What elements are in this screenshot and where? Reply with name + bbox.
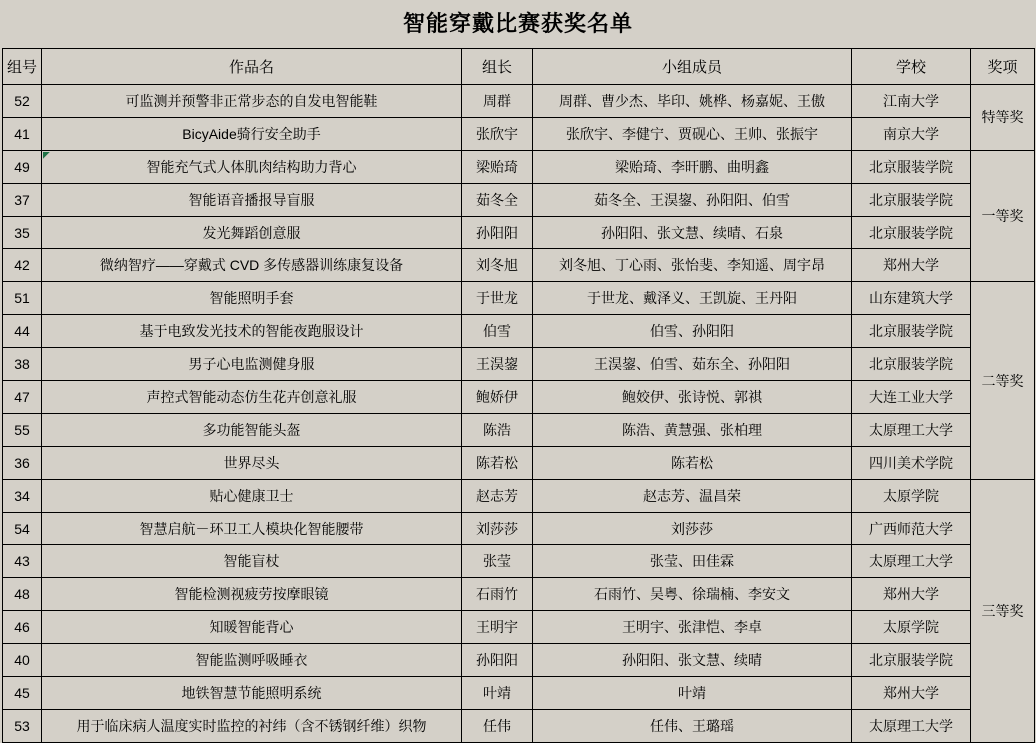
cell-members-text: 孙阳阳、张文慧、续晴 xyxy=(622,652,762,668)
cell-work-name[interactable]: 智能盲杖 xyxy=(42,545,462,578)
cell-group-no-text: 49 xyxy=(14,159,30,175)
cell-school-text: 四川美术学院 xyxy=(869,455,953,471)
cell-school-text: 山东建筑大学 xyxy=(869,290,953,306)
cell-work-name[interactable]: 男子心电监测健身服 xyxy=(42,348,462,381)
table-row: 42微纳智疗——穿戴式 CVD 多传感器训练康复设备刘冬旭刘冬旭、丁心雨、张怡斐… xyxy=(3,249,1035,282)
cell-work-name[interactable]: 用于临床病人温度实时监控的衬纬（含不锈钢纤维）织物 xyxy=(42,709,462,742)
cell-work-name[interactable]: 世界尽头 xyxy=(42,446,462,479)
cell-school-text: 江南大学 xyxy=(883,93,939,109)
cell-work-name-text: 微纳智疗——穿戴式 CVD 多传感器训练康复设备 xyxy=(100,257,403,273)
cell-members-text: 梁贻琦、李旰鹏、曲明鑫 xyxy=(615,159,769,175)
cell-leader[interactable]: 鲍娇伊 xyxy=(462,381,533,414)
table-row: 37智能语音播报导盲服茹冬全茹冬全、王淏鋆、孙阳阳、伯雪北京服装学院 xyxy=(3,183,1035,216)
cell-school[interactable]: 北京服装学院 xyxy=(852,348,971,381)
table-row: 38男子心电监测健身服王淏鋆王淏鋆、伯雪、茹东全、孙阳阳北京服装学院 xyxy=(3,348,1035,381)
cell-leader-text: 伯雪 xyxy=(483,323,511,339)
cell-work-name[interactable]: 基于电致发光技术的智能夜跑服设计 xyxy=(42,315,462,348)
header-group-no[interactable]: 组号 xyxy=(3,49,42,85)
cell-leader[interactable]: 于世龙 xyxy=(462,282,533,315)
cell-school[interactable]: 北京服装学院 xyxy=(852,315,971,348)
cell-members-text: 茹冬全、王淏鋆、孙阳阳、伯雪 xyxy=(594,192,790,208)
cell-award[interactable]: 特等奖 xyxy=(971,85,1035,151)
header-leader[interactable]: 组长 xyxy=(462,49,533,85)
cell-leader-text: 石雨竹 xyxy=(476,586,518,602)
cell-leader[interactable]: 任伟 xyxy=(462,709,533,742)
cell-school-text: 郑州大学 xyxy=(883,685,939,701)
cell-leader[interactable]: 王淏鋆 xyxy=(462,348,533,381)
cell-work-name[interactable]: 贴心健康卫士 xyxy=(42,479,462,512)
cell-school[interactable]: 郑州大学 xyxy=(852,677,971,710)
cell-leader-text: 于世龙 xyxy=(476,290,518,306)
cell-work-name-text: 智能盲杖 xyxy=(224,553,280,569)
cell-school[interactable]: 四川美术学院 xyxy=(852,446,971,479)
cell-members[interactable]: 张欣宇、李健宁、贾砚心、王帅、张振宇 xyxy=(533,117,852,150)
cell-award[interactable]: 三等奖 xyxy=(971,479,1035,742)
cell-group-no[interactable]: 43 xyxy=(3,545,42,578)
cell-work-name[interactable]: 可监测并预警非正常步态的自发电智能鞋 xyxy=(42,85,462,118)
cell-work-name[interactable]: 知暖智能背心 xyxy=(42,611,462,644)
cell-group-no[interactable]: 36 xyxy=(3,446,42,479)
cell-award[interactable]: 二等奖 xyxy=(971,282,1035,479)
cell-school[interactable]: 北京服装学院 xyxy=(852,150,971,183)
table-row: 47声控式智能动态仿生花卉创意礼服鲍娇伊鲍姣伊、张诗悦、郭祺大连工业大学 xyxy=(3,381,1035,414)
cell-work-name[interactable]: 智能充气式人体肌肉结构助力背心 xyxy=(42,150,462,183)
cell-work-name-text: 知暖智能背心 xyxy=(210,619,294,635)
cell-members[interactable]: 梁贻琦、李旰鹏、曲明鑫 xyxy=(533,150,852,183)
cell-leader[interactable]: 孙阳阳 xyxy=(462,216,533,249)
table-row: 45地铁智慧节能照明系统叶靖叶靖郑州大学 xyxy=(3,677,1035,710)
cell-members[interactable]: 刘冬旭、丁心雨、张怡斐、李知遥、周宇昂 xyxy=(533,249,852,282)
cell-work-name-text: 智能监测呼吸睡衣 xyxy=(196,652,308,668)
cell-leader[interactable]: 陈若松 xyxy=(462,446,533,479)
cell-leader[interactable]: 刘莎莎 xyxy=(462,512,533,545)
cell-school[interactable]: 太原理工大学 xyxy=(852,709,971,742)
cell-group-no[interactable]: 42 xyxy=(3,249,42,282)
cell-school[interactable]: 大连工业大学 xyxy=(852,381,971,414)
cell-group-no-text: 40 xyxy=(14,652,30,668)
cell-members[interactable]: 陈浩、黄慧强、张柏理 xyxy=(533,413,852,446)
cell-work-name-text: 智能照明手套 xyxy=(210,290,294,306)
cell-group-no[interactable]: 44 xyxy=(3,315,42,348)
cell-school[interactable]: 北京服装学院 xyxy=(852,183,971,216)
cell-work-name-text: 贴心健康卫士 xyxy=(210,488,294,504)
table-row: 43智能盲杖张莹张莹、田佳霖太原理工大学 xyxy=(3,545,1035,578)
cell-school-text: 南京大学 xyxy=(883,126,939,142)
cell-work-name-text: 用于临床病人温度实时监控的衬纬（含不锈钢纤维）织物 xyxy=(77,718,427,734)
table-row: 44基于电致发光技术的智能夜跑服设计伯雪伯雪、孙阳阳北京服装学院 xyxy=(3,315,1035,348)
cell-leader[interactable]: 赵志芳 xyxy=(462,479,533,512)
cell-school[interactable]: 北京服装学院 xyxy=(852,216,971,249)
cell-group-no[interactable]: 37 xyxy=(3,183,42,216)
cell-group-no-text: 43 xyxy=(14,553,30,569)
cell-group-no[interactable]: 49 xyxy=(3,150,42,183)
cell-group-no-text: 52 xyxy=(14,93,30,109)
error-indicator-icon xyxy=(43,152,50,159)
cell-work-name-text: 多功能智能头盔 xyxy=(203,422,301,438)
table-row: 36世界尽头陈若松陈若松四川美术学院 xyxy=(3,446,1035,479)
cell-work-name-text: 男子心电监测健身服 xyxy=(189,356,315,372)
cell-work-name[interactable]: 声控式智能动态仿生花卉创意礼服 xyxy=(42,381,462,414)
cell-leader-text: 王明宇 xyxy=(476,619,518,635)
cell-members[interactable]: 于世龙、戴泽义、王凯旋、王丹阳 xyxy=(533,282,852,315)
cell-group-no[interactable]: 54 xyxy=(3,512,42,545)
cell-group-no[interactable]: 38 xyxy=(3,348,42,381)
cell-work-name-text: 可监测并预警非正常步态的自发电智能鞋 xyxy=(126,93,378,109)
cell-members[interactable]: 石雨竹、吴粤、徐瑞楠、李安文 xyxy=(533,578,852,611)
cell-school-text: 郑州大学 xyxy=(883,586,939,602)
cell-school-text: 太原学院 xyxy=(883,619,939,635)
cell-members-text: 王明宇、张津恺、李卓 xyxy=(622,619,762,635)
cell-school-text: 北京服装学院 xyxy=(869,323,953,339)
cell-group-no[interactable]: 46 xyxy=(3,611,42,644)
cell-leader-text: 陈浩 xyxy=(483,422,511,438)
cell-leader-text: 王淏鋆 xyxy=(476,356,518,372)
cell-group-no[interactable]: 52 xyxy=(3,85,42,118)
cell-leader[interactable]: 伯雪 xyxy=(462,315,533,348)
header-work-name[interactable]: 作品名 xyxy=(42,49,462,85)
page-title: 智能穿戴比赛获奖名单 xyxy=(0,7,1036,38)
cell-leader-text: 梁贻琦 xyxy=(476,159,518,175)
cell-group-no[interactable]: 35 xyxy=(3,216,42,249)
cell-work-name[interactable]: 智能检测视疲劳按摩眼镜 xyxy=(42,578,462,611)
cell-group-no-text: 37 xyxy=(14,192,30,208)
table-row: 51智能照明手套于世龙于世龙、戴泽义、王凯旋、王丹阳山东建筑大学二等奖 xyxy=(3,282,1035,315)
cell-work-name-text: 世界尽头 xyxy=(224,455,280,471)
cell-members-text: 陈若松 xyxy=(671,455,713,471)
table-row: 52可监测并预警非正常步态的自发电智能鞋周群周群、曹少杰、毕印、姚桦、杨嘉妮、王… xyxy=(3,85,1035,118)
cell-group-no-text: 45 xyxy=(14,685,30,701)
cell-school-text: 广西师范大学 xyxy=(869,521,953,537)
cell-members-text: 张莹、田佳霖 xyxy=(650,553,734,569)
cell-group-no-text: 35 xyxy=(14,225,30,241)
cell-school[interactable]: 太原理工大学 xyxy=(852,413,971,446)
table-row: 55多功能智能头盔陈浩陈浩、黄慧强、张柏理太原理工大学 xyxy=(3,413,1035,446)
cell-group-no-text: 51 xyxy=(14,290,30,306)
cell-school-text: 北京服装学院 xyxy=(869,192,953,208)
cell-leader[interactable]: 梁贻琦 xyxy=(462,150,533,183)
cell-members-text: 刘冬旭、丁心雨、张怡斐、李知遥、周宇昂 xyxy=(559,257,825,273)
cell-members-text: 鲍姣伊、张诗悦、郭祺 xyxy=(622,389,762,405)
cell-work-name-text: 智能语音播报导盲服 xyxy=(189,192,315,208)
cell-leader-text: 孙阳阳 xyxy=(476,652,518,668)
cell-leader-text: 刘冬旭 xyxy=(476,257,518,273)
cell-leader[interactable]: 王明宇 xyxy=(462,611,533,644)
cell-work-name-text: 地铁智慧节能照明系统 xyxy=(182,685,322,701)
awards-table: 组号 作品名 组长 小组成员 学校 奖项 52可监测并预警非正常步态的自发电智能… xyxy=(2,48,1035,743)
cell-group-no-text: 41 xyxy=(14,126,30,142)
table-row: 48智能检测视疲劳按摩眼镜石雨竹石雨竹、吴粤、徐瑞楠、李安文郑州大学 xyxy=(3,578,1035,611)
cell-members[interactable]: 赵志芳、温昌荣 xyxy=(533,479,852,512)
cell-work-name[interactable]: 智能监测呼吸睡衣 xyxy=(42,644,462,677)
cell-members-text: 张欣宇、李健宁、贾砚心、王帅、张振宇 xyxy=(566,126,818,142)
cell-members-text: 叶靖 xyxy=(678,685,706,701)
cell-members[interactable]: 张莹、田佳霖 xyxy=(533,545,852,578)
cell-school[interactable]: 郑州大学 xyxy=(852,578,971,611)
cell-school-text: 太原理工大学 xyxy=(869,422,953,438)
cell-leader-text: 刘莎莎 xyxy=(476,521,518,537)
cell-members[interactable]: 孙阳阳、张文慧、续晴、石泉 xyxy=(533,216,852,249)
cell-members[interactable]: 伯雪、孙阳阳 xyxy=(533,315,852,348)
table-row: 41BicyAide骑行安全助手张欣宇张欣宇、李健宁、贾砚心、王帅、张振宇南京大… xyxy=(3,117,1035,150)
award-label: 二等奖 xyxy=(982,373,1024,389)
cell-work-name[interactable]: 智能照明手套 xyxy=(42,282,462,315)
cell-work-name-text: 基于电致发光技术的智能夜跑服设计 xyxy=(140,323,364,339)
cell-members[interactable]: 叶靖 xyxy=(533,677,852,710)
cell-school-text: 大连工业大学 xyxy=(869,389,953,405)
cell-group-no[interactable]: 47 xyxy=(3,381,42,414)
cell-members-text: 孙阳阳、张文慧、续晴、石泉 xyxy=(601,225,783,241)
cell-group-no[interactable]: 53 xyxy=(3,709,42,742)
cell-school[interactable]: 太原理工大学 xyxy=(852,545,971,578)
cell-leader[interactable]: 周群 xyxy=(462,85,533,118)
cell-school[interactable]: 太原学院 xyxy=(852,611,971,644)
cell-group-no[interactable]: 45 xyxy=(3,677,42,710)
cell-work-name-text: 声控式智能动态仿生花卉创意礼服 xyxy=(147,389,357,405)
cell-school-text: 北京服装学院 xyxy=(869,652,953,668)
cell-members-text: 刘莎莎 xyxy=(671,521,713,537)
cell-leader[interactable]: 石雨竹 xyxy=(462,578,533,611)
cell-members[interactable]: 茹冬全、王淏鋆、孙阳阳、伯雪 xyxy=(533,183,852,216)
award-label: 特等奖 xyxy=(982,109,1024,125)
cell-group-no-text: 53 xyxy=(14,718,30,734)
cell-leader-text: 叶靖 xyxy=(483,685,511,701)
award-label: 一等奖 xyxy=(982,208,1024,224)
cell-members[interactable]: 王淏鋆、伯雪、茹东全、孙阳阳 xyxy=(533,348,852,381)
cell-leader[interactable]: 孙阳阳 xyxy=(462,644,533,677)
cell-members-text: 陈浩、黄慧强、张柏理 xyxy=(622,422,762,438)
table-row: 46知暖智能背心王明宇王明宇、张津恺、李卓太原学院 xyxy=(3,611,1035,644)
cell-group-no-text: 38 xyxy=(14,356,30,372)
cell-group-no-text: 46 xyxy=(14,619,30,635)
table-row: 34贴心健康卫士赵志芳赵志芳、温昌荣太原学院三等奖 xyxy=(3,479,1035,512)
cell-leader[interactable]: 陈浩 xyxy=(462,413,533,446)
cell-work-name-text: BicyAide骑行安全助手 xyxy=(182,126,320,142)
cell-group-no[interactable]: 41 xyxy=(3,117,42,150)
cell-school[interactable]: 南京大学 xyxy=(852,117,971,150)
cell-school[interactable]: 山东建筑大学 xyxy=(852,282,971,315)
table-row: 49智能充气式人体肌肉结构助力背心梁贻琦梁贻琦、李旰鹏、曲明鑫北京服装学院一等奖 xyxy=(3,150,1035,183)
cell-leader-text: 张欣宇 xyxy=(476,126,518,142)
cell-school-text: 太原理工大学 xyxy=(869,553,953,569)
table-row: 54智慧启航－环卫工人模块化智能腰带刘莎莎刘莎莎广西师范大学 xyxy=(3,512,1035,545)
award-label: 三等奖 xyxy=(982,603,1024,619)
cell-members[interactable]: 任伟、王璐瑶 xyxy=(533,709,852,742)
cell-members[interactable]: 周群、曹少杰、毕印、姚桦、杨嘉妮、王傲 xyxy=(533,85,852,118)
cell-school-text: 太原学院 xyxy=(883,488,939,504)
cell-school[interactable]: 江南大学 xyxy=(852,85,971,118)
header-school[interactable]: 学校 xyxy=(852,49,971,85)
cell-group-no[interactable]: 55 xyxy=(3,413,42,446)
cell-work-name[interactable]: 发光舞蹈创意服 xyxy=(42,216,462,249)
cell-leader[interactable]: 茹冬全 xyxy=(462,183,533,216)
cell-leader-text: 周群 xyxy=(483,93,511,109)
cell-members-text: 任伟、王璐瑶 xyxy=(650,718,734,734)
table-row: 35发光舞蹈创意服孙阳阳孙阳阳、张文慧、续晴、石泉北京服装学院 xyxy=(3,216,1035,249)
cell-members[interactable]: 孙阳阳、张文慧、续晴 xyxy=(533,644,852,677)
cell-members-text: 周群、曹少杰、毕印、姚桦、杨嘉妮、王傲 xyxy=(559,93,825,109)
cell-work-name-text: 智能充气式人体肌肉结构助力背心 xyxy=(147,159,357,175)
cell-group-no[interactable]: 48 xyxy=(3,578,42,611)
cell-members-text: 伯雪、孙阳阳 xyxy=(650,323,734,339)
cell-leader-text: 赵志芳 xyxy=(476,488,518,504)
cell-school-text: 北京服装学院 xyxy=(869,356,953,372)
spreadsheet-page: { "title": "智能穿戴比赛获奖名单", "colors": { "pa… xyxy=(0,0,1036,743)
cell-award[interactable]: 一等奖 xyxy=(971,150,1035,282)
cell-work-name[interactable]: 微纳智疗——穿戴式 CVD 多传感器训练康复设备 xyxy=(42,249,462,282)
cell-group-no-text: 36 xyxy=(14,455,30,471)
cell-group-no[interactable]: 51 xyxy=(3,282,42,315)
cell-school[interactable]: 太原学院 xyxy=(852,479,971,512)
cell-leader[interactable]: 张莹 xyxy=(462,545,533,578)
cell-work-name-text: 发光舞蹈创意服 xyxy=(203,225,301,241)
cell-school-text: 北京服装学院 xyxy=(869,159,953,175)
cell-members[interactable]: 刘莎莎 xyxy=(533,512,852,545)
cell-group-no-text: 54 xyxy=(14,521,30,537)
cell-school-text: 太原理工大学 xyxy=(869,718,953,734)
cell-members-text: 石雨竹、吴粤、徐瑞楠、李安文 xyxy=(594,586,790,602)
cell-group-no[interactable]: 40 xyxy=(3,644,42,677)
table-row: 40智能监测呼吸睡衣孙阳阳孙阳阳、张文慧、续晴北京服装学院 xyxy=(3,644,1035,677)
cell-group-no-text: 48 xyxy=(14,586,30,602)
cell-group-no-text: 34 xyxy=(14,488,30,504)
cell-group-no[interactable]: 34 xyxy=(3,479,42,512)
cell-work-name[interactable]: BicyAide骑行安全助手 xyxy=(42,117,462,150)
cell-group-no-text: 44 xyxy=(14,323,30,339)
cell-group-no-text: 42 xyxy=(14,257,30,273)
cell-members[interactable]: 鲍姣伊、张诗悦、郭祺 xyxy=(533,381,852,414)
cell-leader-text: 张莹 xyxy=(483,553,511,569)
cell-leader-text: 孙阳阳 xyxy=(476,225,518,241)
header-row: 组号 作品名 组长 小组成员 学校 奖项 xyxy=(3,49,1035,85)
cell-school-text: 郑州大学 xyxy=(883,257,939,273)
cell-work-name[interactable]: 多功能智能头盔 xyxy=(42,413,462,446)
cell-work-name-text: 智能检测视疲劳按摩眼镜 xyxy=(175,586,329,602)
cell-members[interactable]: 陈若松 xyxy=(533,446,852,479)
cell-work-name[interactable]: 智能语音播报导盲服 xyxy=(42,183,462,216)
cell-leader[interactable]: 刘冬旭 xyxy=(462,249,533,282)
cell-work-name[interactable]: 地铁智慧节能照明系统 xyxy=(42,677,462,710)
cell-leader-text: 陈若松 xyxy=(476,455,518,471)
cell-leader[interactable]: 张欣宇 xyxy=(462,117,533,150)
cell-school-text: 北京服装学院 xyxy=(869,225,953,241)
cell-school[interactable]: 广西师范大学 xyxy=(852,512,971,545)
cell-members-text: 于世龙、戴泽义、王凯旋、王丹阳 xyxy=(587,290,797,306)
cell-school[interactable]: 郑州大学 xyxy=(852,249,971,282)
cell-members[interactable]: 王明宇、张津恺、李卓 xyxy=(533,611,852,644)
header-members[interactable]: 小组成员 xyxy=(533,49,852,85)
cell-leader-text: 茹冬全 xyxy=(476,192,518,208)
cell-members-text: 赵志芳、温昌荣 xyxy=(643,488,741,504)
table-row: 53用于临床病人温度实时监控的衬纬（含不锈钢纤维）织物任伟任伟、王璐瑶太原理工大… xyxy=(3,709,1035,742)
cell-members-text: 王淏鋆、伯雪、茹东全、孙阳阳 xyxy=(594,356,790,372)
cell-group-no-text: 55 xyxy=(14,422,30,438)
cell-work-name-text: 智慧启航－环卫工人模块化智能腰带 xyxy=(140,521,364,537)
header-award[interactable]: 奖项 xyxy=(971,49,1035,85)
cell-work-name[interactable]: 智慧启航－环卫工人模块化智能腰带 xyxy=(42,512,462,545)
cell-leader[interactable]: 叶靖 xyxy=(462,677,533,710)
cell-group-no-text: 47 xyxy=(14,389,30,405)
cell-leader-text: 鲍娇伊 xyxy=(476,389,518,405)
cell-leader-text: 任伟 xyxy=(483,718,511,734)
cell-school[interactable]: 北京服装学院 xyxy=(852,644,971,677)
